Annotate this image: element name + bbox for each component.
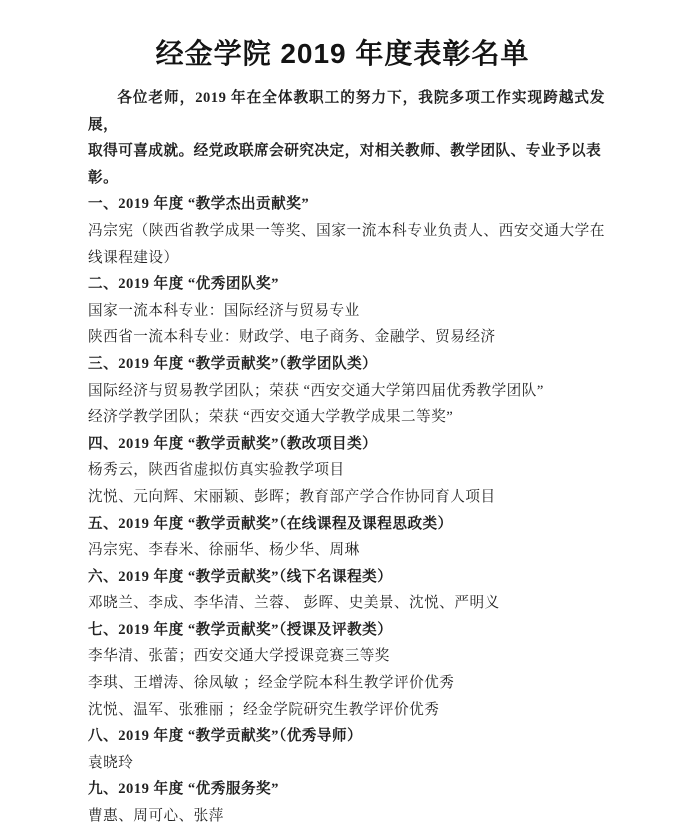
award-section: 九、2019 年度 “优秀服务奖” 曹惠、周可心、张萍 bbox=[88, 776, 605, 829]
award-section: 五、2019 年度 “教学贡献奖”（在线课程及课程思政类） 冯宗宪、李春米、徐丽… bbox=[88, 511, 605, 564]
section-heading: 五、2019 年度 “教学贡献奖”（在线课程及课程思政类） bbox=[88, 511, 605, 538]
section-heading: 四、2019 年度 “教学贡献奖”（教改项目类） bbox=[88, 431, 605, 458]
award-item: 曹惠、周可心、张萍 bbox=[88, 803, 605, 830]
award-item: 李华清、张蕾；西安交通大学授课竞赛三等奖 bbox=[88, 643, 605, 670]
document-title: 经金学院 2019 年度表彰名单 bbox=[0, 34, 685, 74]
award-section: 八、2019 年度 “教学贡献奖”（优秀导师） 袁晓玲 bbox=[88, 723, 605, 776]
award-item: 沈悦、元向辉、宋丽颖、彭晖；教育部产学合作协同育人项目 bbox=[88, 484, 605, 511]
award-section: 四、2019 年度 “教学贡献奖”（教改项目类） 杨秀云，陕西省虚拟仿真实验教学… bbox=[88, 431, 605, 511]
award-item: 冯宗宪、李春米、徐丽华、杨少华、周琳 bbox=[88, 537, 605, 564]
section-heading: 一、2019 年度 “教学杰出贡献奖” bbox=[88, 191, 605, 218]
award-item: 陕西省一流本科专业：财政学、电子商务、金融学、贸易经济 bbox=[88, 324, 605, 351]
section-heading: 三、2019 年度 “教学贡献奖”（教学团队类） bbox=[88, 351, 605, 378]
award-section: 七、2019 年度 “教学贡献奖”（授课及评教类） 李华清、张蕾；西安交通大学授… bbox=[88, 617, 605, 723]
award-item: 国际经济与贸易教学团队；荣获 “西安交通大学第四届优秀教学团队” bbox=[88, 378, 605, 405]
award-item: 袁晓玲 bbox=[88, 750, 605, 777]
award-section: 一、2019 年度 “教学杰出贡献奖” 冯宗宪（陕西省教学成果一等奖、国家一流本… bbox=[88, 191, 605, 271]
award-section: 三、2019 年度 “教学贡献奖”（教学团队类） 国际经济与贸易教学团队；荣获 … bbox=[88, 351, 605, 431]
section-heading: 九、2019 年度 “优秀服务奖” bbox=[88, 776, 605, 803]
award-item: 杨秀云，陕西省虚拟仿真实验教学项目 bbox=[88, 457, 605, 484]
intro-paragraph: 各位老师，2019 年在全体教职工的努力下，我院多项工作实现跨越式发展， 取得可… bbox=[88, 85, 605, 191]
intro-line: 彰。 bbox=[88, 165, 605, 192]
section-heading: 二、2019 年度 “优秀团队奖” bbox=[88, 271, 605, 298]
section-heading: 六、2019 年度 “教学贡献奖”（线下名课程类） bbox=[88, 564, 605, 591]
intro-line: 取得可喜成就。经党政联席会研究决定，对相关教师、教学团队、专业予以表 bbox=[88, 138, 605, 165]
intro-line: 各位老师，2019 年在全体教职工的努力下，我院多项工作实现跨越式发展， bbox=[88, 85, 605, 138]
award-item: 国家一流本科专业：国际经济与贸易专业 bbox=[88, 298, 605, 325]
award-item: 李琪、王增涛、徐凤敏 ；经金学院本科生教学评价优秀 bbox=[88, 670, 605, 697]
award-section: 六、2019 年度 “教学贡献奖”（线下名课程类） 邓晓兰、李成、李华清、兰蓉、… bbox=[88, 564, 605, 617]
document-body: 各位老师，2019 年在全体教职工的努力下，我院多项工作实现跨越式发展， 取得可… bbox=[88, 85, 605, 830]
award-item: 邓晓兰、李成、李华清、兰蓉、 彭晖、史美景、沈悦、严明义 bbox=[88, 590, 605, 617]
award-item: 经济学教学团队；荣获 “西安交通大学教学成果二等奖” bbox=[88, 404, 605, 431]
document-page: 经金学院 2019 年度表彰名单 各位老师，2019 年在全体教职工的努力下，我… bbox=[0, 0, 685, 833]
award-item: 冯宗宪（陕西省教学成果一等奖、国家一流本科专业负责人、西安交通大学在线课程建设） bbox=[88, 218, 605, 271]
section-heading: 七、2019 年度 “教学贡献奖”（授课及评教类） bbox=[88, 617, 605, 644]
section-heading: 八、2019 年度 “教学贡献奖”（优秀导师） bbox=[88, 723, 605, 750]
award-section: 二、2019 年度 “优秀团队奖” 国家一流本科专业：国际经济与贸易专业 陕西省… bbox=[88, 271, 605, 351]
award-item: 沈悦、温军、张雅丽 ；经金学院研究生教学评价优秀 bbox=[88, 697, 605, 724]
